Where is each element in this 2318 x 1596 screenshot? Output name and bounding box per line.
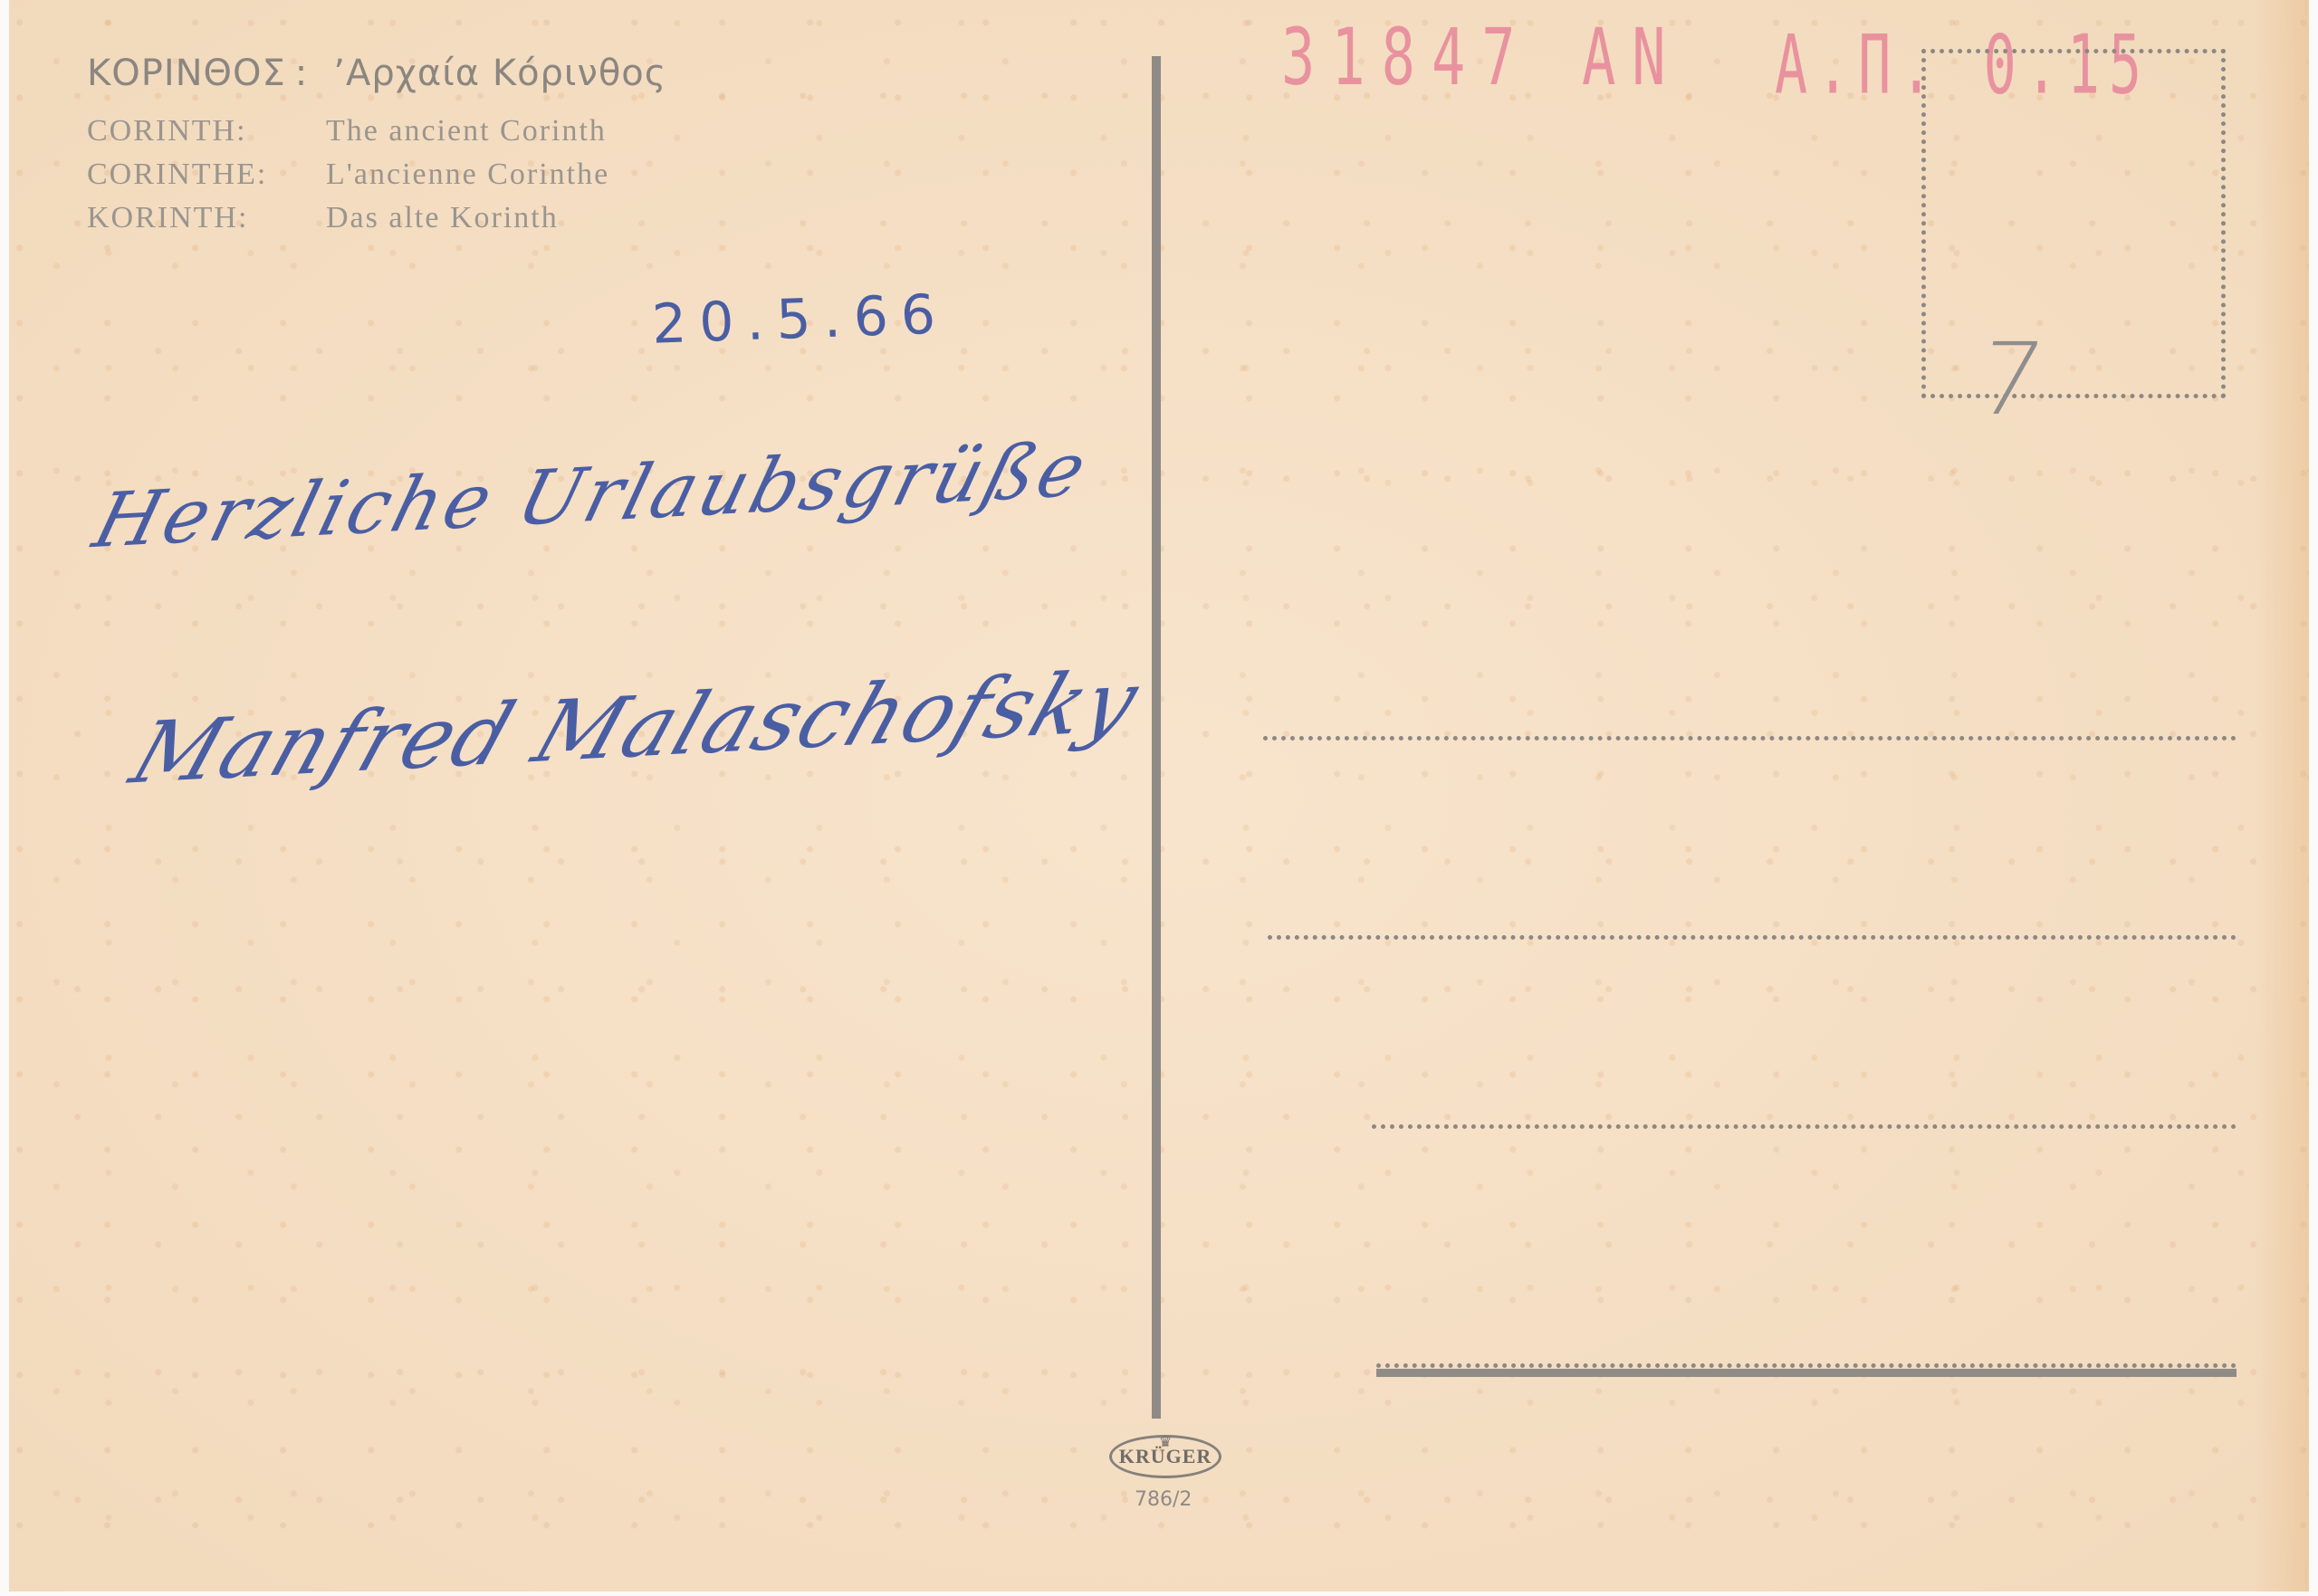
caption-text: The ancient Corinth bbox=[326, 114, 607, 148]
caption-text: Das alte Korinth bbox=[326, 201, 559, 235]
address-line-4 bbox=[1376, 1363, 2237, 1368]
caption-german: KORINTH: Das alte Korinth bbox=[87, 201, 559, 235]
caption-french: CORINTHE: L'ancienne Corinthe bbox=[87, 158, 609, 192]
center-divider-line bbox=[1152, 56, 1161, 1419]
crown-icon: ♛ bbox=[1159, 1436, 1172, 1450]
handwritten-signature: Manfred Malaschofsky bbox=[120, 652, 1153, 803]
caption-text: L'ancienne Corinthe bbox=[326, 158, 609, 192]
greek-caption: ’Αρχαία Κόρινθος bbox=[333, 53, 666, 94]
greek-place-name: ΚΟΡΙΝΘΟΣ bbox=[87, 53, 286, 94]
handwritten-greeting: Herzliche Urlaubsgrüße bbox=[85, 426, 1098, 566]
postcard-back: ΚΟΡΙΝΘΟΣ:’Αρχαία Κόρινθος CORINTH: The a… bbox=[9, 0, 2309, 1591]
card-number: 786/2 bbox=[1135, 1488, 1192, 1511]
address-line-3 bbox=[1372, 1124, 2237, 1129]
caption-english: CORINTH: The ancient Corinth bbox=[87, 114, 607, 148]
address-line-1 bbox=[1263, 736, 2237, 741]
title-separator: : bbox=[295, 53, 308, 94]
caption-label: KORINTH: bbox=[87, 201, 326, 235]
caption-label: CORINTH: bbox=[87, 114, 326, 148]
meter-stamp-number: 31847 AN bbox=[1281, 11, 1682, 103]
handwritten-date: 20.5.66 bbox=[651, 282, 949, 356]
address-line-2 bbox=[1268, 935, 2237, 940]
stamp-placeholder-box bbox=[1921, 49, 2226, 398]
card-edge-shading bbox=[2255, 0, 2309, 1591]
address-underline-bar bbox=[1376, 1369, 2237, 1377]
greek-title: ΚΟΡΙΝΘΟΣ:’Αρχαία Κόρινθος bbox=[87, 53, 666, 94]
caption-label: CORINTHE: bbox=[87, 158, 326, 192]
publisher-logo: ♛ KRÜGER bbox=[1109, 1435, 1221, 1478]
